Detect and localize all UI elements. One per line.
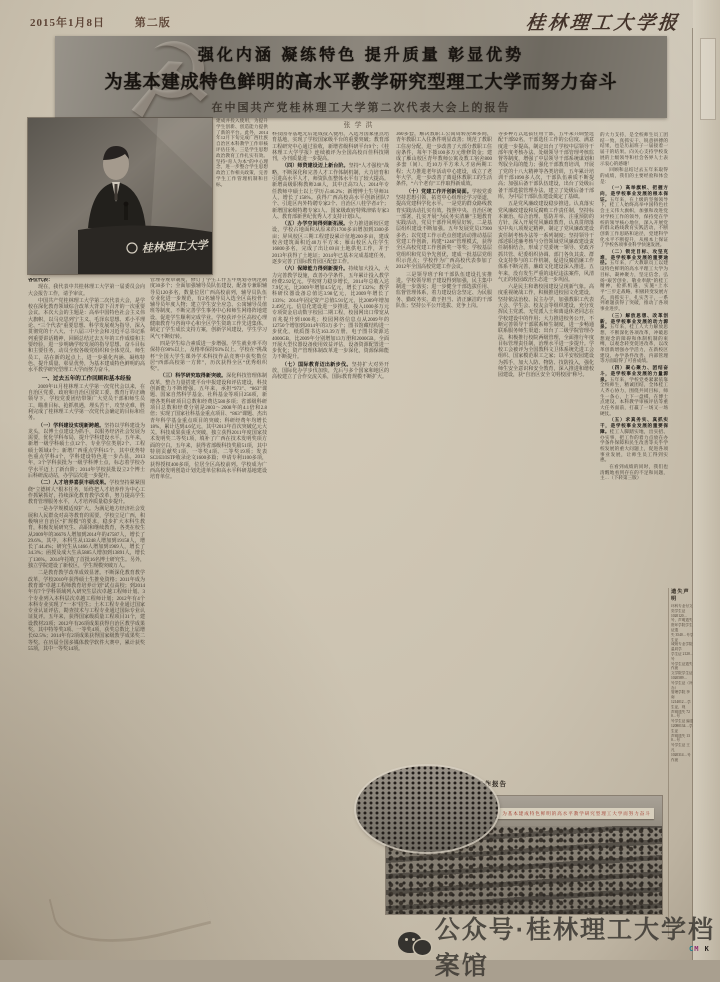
paragraph: 在看到成绩的同时，我们也清醒地看到存在的不足和问题，主…（下转第三版）: [600, 464, 668, 481]
edition-label: 第二版: [135, 17, 171, 29]
notice-line: 管理学院 李 南: [671, 690, 694, 700]
text-column-5: 等多种方式选拔任用干部，五年来共调整选配干部92名，干部选任工作的公信度、满意度…: [498, 132, 594, 776]
paragraph: 各位代表：: [28, 278, 145, 284]
notice-line: 号学生证（补办）: [671, 681, 694, 691]
notice-line: 声明遗失 720…号: [671, 710, 694, 720]
paragraph: （四）凝心聚力、团结奋斗，是学校事业发展的力量源泉。五年来，学校党委紧紧依靠全校…: [600, 365, 668, 416]
notice-line: 号学生证遗失作废: [671, 662, 694, 672]
text-column-6: 的大力支持，是全校师生员工团结一致、真抓实干、锐意拼搏的结果，也是历届班子一届接…: [600, 132, 668, 794]
page-edge-light: [693, 0, 720, 960]
notice-line: 声明遗失 130…号: [671, 734, 694, 744]
headline-banner: ☭ 强化内涵 凝练特色 提升质量 彰显优势 为基本建成特色鲜明的高水平教学研究型…: [55, 36, 667, 118]
magenta-mark: M: [694, 945, 699, 953]
paragraph: 管理等规章制度，修订了学生工作五年规划等规范制度30多个；全面加强辅导员队伍建设…: [150, 278, 267, 341]
paragraph: 二是教育教学改革成效显著。不断深化教育教学改革，学校2010年获得硕士生推免资格…: [28, 571, 145, 653]
notice-line: 资环学院学生证遗: [671, 623, 694, 633]
paragraph: 360多套，解决教职工公寓周转房90多间，青年教职工入住条件明显改善；规范了教职…: [396, 132, 492, 189]
paragraph: 的大力支持，是全校师生员工团结一致、真抓实干、锐意拼搏的结果，也是历届班子一届接…: [600, 132, 668, 166]
paragraph: （四）师资建设迈上新台阶。坚持“人才强校”战略，不断深化和完善人才工作体制机制，…: [272, 164, 389, 221]
paragraph: （二）人才培养喜获丰硕成果。学校坚持紧紧围绕“立德树人”根本任务，始终把人才培养…: [28, 481, 145, 506]
wechat-account-label: 公众号·桂林理工大学档案馆: [435, 910, 720, 960]
notice-line: 1020314…号作废: [671, 753, 694, 763]
notice-line: 12080134…学生证: [671, 724, 694, 734]
notice-line: 失 3540…号学生证: [671, 633, 694, 643]
notice-line: 1214012…学生证，现: [671, 700, 694, 710]
text-column-2: 管理等规章制度，修订了学生工作五年规划等规范制度30多个；全面加强辅导员队伍建设…: [150, 278, 267, 940]
lost-id-notice-strip: 遗失声明 环科专业付文奕学生证1020120…号，声明遗失资环学院学生证遗失 3…: [668, 588, 694, 936]
paragraph: （六）保障能力得到新提升。持续加大投入，大力完善教学设施，改善办学条件，五年累计…: [272, 267, 389, 361]
archive-footer: 公众号·桂林理工大学档案馆: [398, 910, 720, 960]
paragraph: 五是党风廉政建设稳步推进。认真落实党风廉政建设和反腐败工作责任制，坚持标本兼治、…: [498, 202, 594, 284]
paragraph: 等多种方式选拔任用干部，五年来共调整选配干部92名，干部选任工作的公信度、满意度…: [498, 132, 594, 201]
paragraph: 科技园等基地先后建成投入使用，入选为国家重点培育基地，实现了学校国家级平台的重要…: [272, 132, 389, 163]
wechat-icon: [398, 930, 429, 960]
headline-main: 为基本建成特色鲜明的高水平教学研究型理工大学而努力奋斗: [55, 68, 667, 94]
text-column-4: 360多套，解决教职工公寓周转房90多间，青年教职工入住条件明显改善；规范了教职…: [396, 132, 492, 764]
newspaper-page: 2015年1月8日 第二版 桂林理工大学报 ☭ 强化内涵 凝练特色 提升质量 彰…: [0, 0, 720, 960]
beside-photo-column: 建成并投入使用，为提升学生创新、创造能力提供了新的平台。此外，2014年12月下…: [216, 118, 268, 276]
paragraph: （一）学科建设实现新跨越。坚持以学科建设为龙头，以博士点建设为抓手，以服务经济社…: [28, 424, 145, 481]
notice-line: 学生证 2120…号: [671, 652, 694, 662]
paragraph: 回顾和总结过去五年来取得的成绩，我们的主要经验和体会是：: [600, 167, 668, 184]
paragraph: （七）国际教育迈出新步伐。坚持扩大对外开放，国际化办学步伐加快，先后与多个国家和…: [272, 363, 389, 382]
paragraph: 一是办学规模适度扩大。为满足地方经济社会发展和人民群众对高等教育的需要，学校立足…: [28, 507, 145, 570]
wechat-eye: [405, 938, 408, 941]
notice-line: 号学生证 王 凡: [671, 743, 694, 753]
paragraph: （五）求真务实、真抓实干，是学校事业发展的重要保障。桂工人脚踏实地，出实招、办实…: [600, 417, 668, 463]
speaker-photo-art: 桂林理工大学: [28, 118, 212, 274]
wechat-bubble-small: [414, 940, 431, 955]
paragraph: 2009年11月桂林理工大学第一次党代会以来，在自治区党委、政府和自治区国资工委…: [28, 385, 145, 423]
headline-sub: 在中国共产党桂林理工大学第二次代表大会上的报告: [55, 99, 667, 115]
masthead-title: 桂林理工大学报: [525, 8, 682, 35]
notice-line: 城规专业学院温同学: [671, 642, 694, 652]
page-fold-line: [692, 28, 693, 960]
paragraph: （三）解放思想、改革创新，是学校事业发展的动力源泉。五年来，桂工人大力解放思想，…: [600, 313, 668, 364]
headline-kicker: 强化内涵 凝练特色 提升质量 彰显优势: [55, 42, 667, 65]
dateline: 2015年1月8日 第二版: [30, 14, 171, 30]
black-mark: K: [705, 945, 710, 953]
paragraph: 中国共产党桂林理工大学第二次代表大会，是学校在深化教育领域综合改革大背景下召开的…: [28, 299, 145, 375]
date-text: 2015年1月8日: [30, 17, 105, 29]
notice-title: 遗失声明: [671, 588, 694, 602]
paragraph: （十）党建工作开创新局面。学校党委坚持思想引领，拓宽中心组理论学习渠道，提高党建…: [396, 190, 492, 272]
paragraph: （五）办学空间得到新拓展。全力推进新校区建设，学校占地面积从原来的1700多亩增…: [272, 222, 389, 266]
speaker-photo: 桂林理工大学: [28, 118, 212, 274]
print-registration-marks: CM K: [689, 945, 710, 953]
wechat-eye: [412, 938, 415, 941]
paragraph: 六是民主和谐校园建设呈现新气象。高度重视统战工作，积极推进校园文化建设，坚持依法…: [498, 285, 594, 379]
paragraph: 三是领导班子和干部队伍建设扎实推进。学校领导班子建设得到加强，民主集中制进一步落…: [396, 273, 492, 311]
paragraph: （三）科学研究取得新突破。深化科技管理体制改革，整合力量搭建平台申报建设和评估建…: [150, 374, 267, 481]
congress-photo-inset-oval: [356, 766, 498, 852]
paragraph: 四是学生综合素质进一步增强。学生就业率平均保持在90%以上，及格率保持93%以上…: [150, 342, 267, 373]
paragraph: （二）锁定目标、攻坚克难，是学校事业发展的重要途径。五年来，广大教职员工以建设特…: [600, 249, 668, 312]
corner-mark: [700, 38, 716, 120]
text-column-1: 各位代表：现在，我代表中共桂林理工大学第一届委员会向大会报告工作，请予审议。中国…: [28, 278, 145, 940]
notice-line: 文学院学生证 1020589…: [671, 671, 694, 681]
section-heading: 一、过去五年的工作回顾和基本经验: [28, 376, 145, 382]
paragraph: 现在，我代表中共桂林理工大学第一届委员会向大会报告工作，请予审议。: [28, 285, 145, 298]
notice-lines: 环科专业付文奕学生证1020120…号，声明遗失资环学院学生证遗失 3540…号…: [671, 604, 694, 762]
notice-line: 环科专业付文奕学生证: [671, 604, 694, 614]
paragraph: （一）高举旗帜、把握方向，是学校事业发展的根本保证。五年来，在上级的坚强领导下，…: [600, 185, 668, 248]
notice-line: 1020120…号，声明遗失: [671, 614, 694, 624]
